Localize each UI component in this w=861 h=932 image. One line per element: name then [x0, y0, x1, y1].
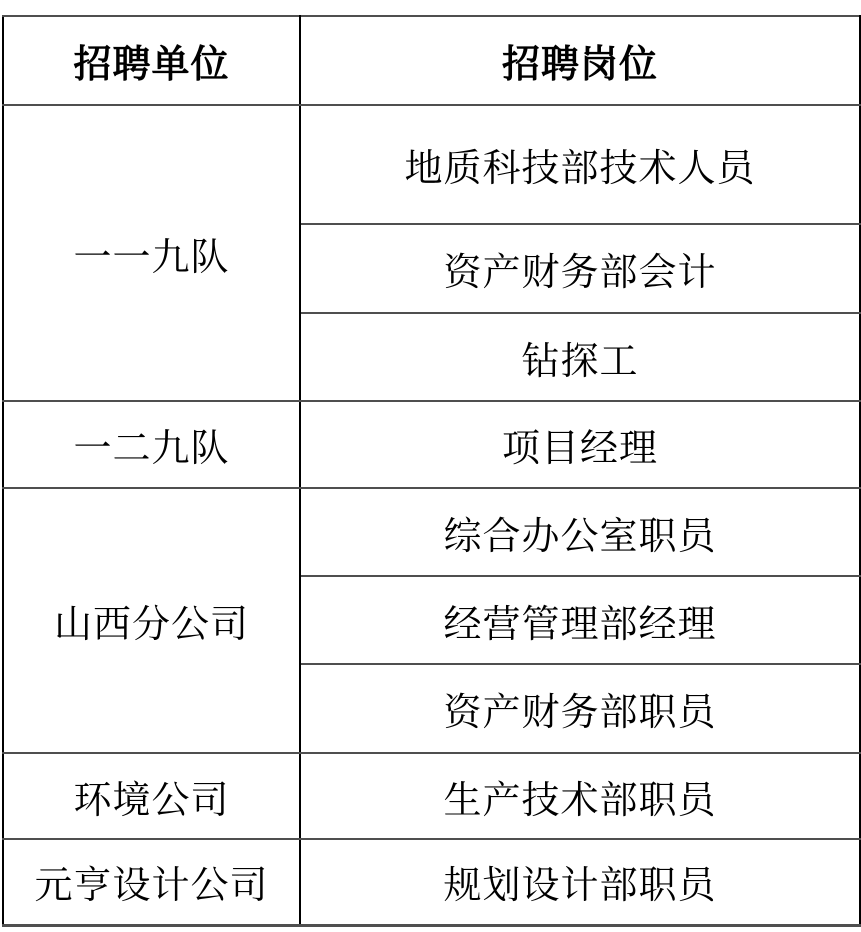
table-row: 一一九队 地质科技部技术人员	[3, 105, 860, 224]
unit-cell-119-team: 一一九队	[3, 105, 300, 401]
table-row: 元亨设计公司 规划设计部职员	[3, 839, 860, 925]
header-recruiting-unit: 招聘单位	[3, 16, 300, 105]
position-cell: 地质科技部技术人员	[300, 105, 860, 224]
table-row: 山西分公司 综合办公室职员	[3, 488, 860, 576]
header-recruiting-position: 招聘岗位	[300, 16, 860, 105]
table-header-row: 招聘单位 招聘岗位	[3, 16, 860, 105]
unit-cell-environment-company: 环境公司	[3, 753, 300, 839]
position-cell: 资产财务部职员	[300, 664, 860, 753]
position-cell: 项目经理	[300, 401, 860, 488]
position-cell: 钻探工	[300, 313, 860, 401]
unit-cell-shanxi-branch: 山西分公司	[3, 488, 300, 753]
unit-cell-yuanheng-design-company: 元亨设计公司	[3, 839, 300, 925]
position-cell: 经营管理部经理	[300, 576, 860, 664]
position-cell: 资产财务部会计	[300, 224, 860, 313]
position-cell: 生产技术部职员	[300, 753, 860, 839]
recruitment-table: 招聘单位 招聘岗位 一一九队 地质科技部技术人员 资产财务部会计 钻探工 一二九…	[2, 15, 861, 927]
position-cell: 规划设计部职员	[300, 839, 860, 925]
table-row: 环境公司 生产技术部职员	[3, 753, 860, 839]
position-cell: 综合办公室职员	[300, 488, 860, 576]
unit-cell-129-team: 一二九队	[3, 401, 300, 488]
table-row: 一二九队 项目经理	[3, 401, 860, 488]
